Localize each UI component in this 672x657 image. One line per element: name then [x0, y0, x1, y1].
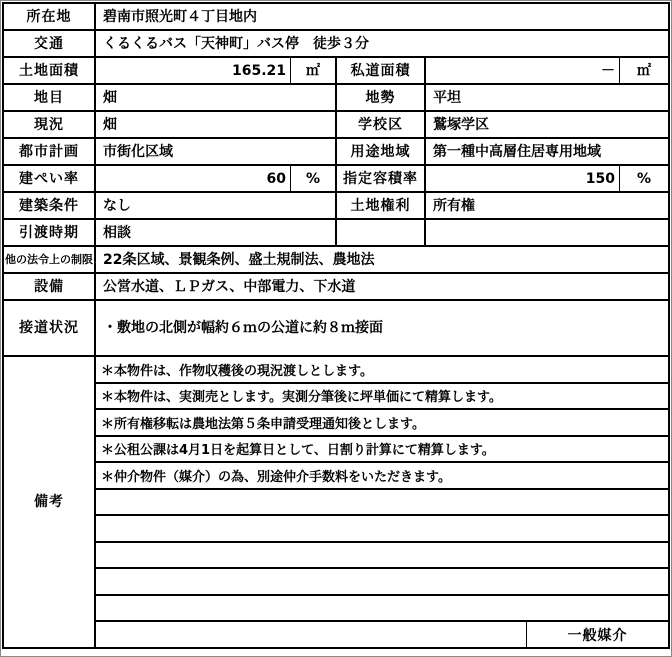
remarks-line-3: ＊所有権移転は農地法第５条申請受理通知後とします。 [96, 410, 668, 437]
private-road-area-value: － [426, 58, 620, 83]
delivery-time-label: 引渡時期 [4, 220, 96, 245]
row-transportation: 交通 くるくるバス「天神町」バス停 徒歩３分 [4, 31, 668, 58]
row-legal-restrictions: 他の法令上の制限 22条区域、景観条例、盛土規制法、農地法 [4, 247, 668, 274]
land-category-value: 畑 [96, 85, 337, 110]
private-road-area-unit: ㎡ [620, 58, 668, 83]
floor-area-ratio-unit: % [620, 166, 668, 191]
row-current-status: 現況 畑 学校区 鷲塚学区 [4, 112, 668, 139]
mediation-type-cell: 一般媒介 [527, 622, 668, 647]
road-access-label: 接道状況 [4, 301, 96, 355]
remarks-final-empty-cell [96, 622, 527, 647]
transportation-value: くるくるバス「天神町」バス停 徒歩３分 [96, 31, 668, 56]
private-road-area-label: 私道面積 [337, 58, 426, 83]
city-planning-value: 市街化区域 [96, 139, 337, 164]
facilities-label: 設備 [4, 274, 96, 299]
floor-area-ratio-value: 150 [426, 166, 620, 191]
building-coverage-unit: % [291, 166, 337, 191]
location-label: 所在地 [4, 4, 96, 29]
current-status-value: 畑 [96, 112, 337, 137]
remarks-empty-line-5 [96, 596, 668, 623]
current-status-label: 現況 [4, 112, 96, 137]
remarks-final-line: 一般媒介 [96, 622, 668, 647]
land-area-unit: ㎡ [291, 58, 337, 83]
transportation-label: 交通 [4, 31, 96, 56]
building-conditions-value: なし [96, 193, 337, 218]
row-building-conditions: 建築条件 なし 土地権利 所有権 [4, 193, 668, 220]
use-zone-value: 第一種中高層住居専用地域 [426, 139, 668, 164]
remarks-empty-line-2 [96, 516, 668, 543]
legal-restrictions-label: 他の法令上の制限 [4, 247, 96, 272]
remarks-line-5: ＊仲介物件（媒介）の為、別途仲介手数料をいただきます。 [96, 463, 668, 490]
remarks-empty-line-4 [96, 569, 668, 596]
remarks-empty-line-3 [96, 543, 668, 570]
remarks-empty-line-1 [96, 490, 668, 517]
row-road-access: 接道状況 ・敷地の北側が幅約６ｍの公道に約８ｍ接面 [4, 301, 668, 357]
remarks-content: ＊本物件は、作物収穫後の現況渡しとします。 ＊本物件は、実測売とします。実測分筆… [96, 357, 668, 647]
legal-restrictions-value: 22条区域、景観条例、盛土規制法、農地法 [96, 247, 668, 272]
delivery-time-empty-label-cell [337, 220, 426, 245]
row-facilities: 設備 公営水道、ＬＰガス、中部電力、下水道 [4, 274, 668, 301]
school-district-label: 学校区 [337, 112, 426, 137]
floor-area-ratio-label: 指定容積率 [337, 166, 426, 191]
building-conditions-label: 建築条件 [4, 193, 96, 218]
building-coverage-value: 60 [96, 166, 291, 191]
remarks-line-4: ＊公租公課は4月1日を起算日として、日割り計算にて精算します。 [96, 437, 668, 464]
road-access-value: ・敷地の北側が幅約６ｍの公道に約８ｍ接面 [96, 301, 668, 355]
row-remarks: 備考 ＊本物件は、作物収穫後の現況渡しとします。 ＊本物件は、実測売とします。実… [4, 357, 668, 647]
row-city-planning: 都市計画 市街化区域 用途地域 第一種中高層住居専用地域 [4, 139, 668, 166]
row-building-coverage: 建ぺい率 60 % 指定容積率 150 % [4, 166, 668, 193]
property-table: 所在地 碧南市照光町４丁目地内 交通 くるくるバス「天神町」バス停 徒歩３分 土… [2, 2, 670, 649]
property-sheet-page: 所在地 碧南市照光町４丁目地内 交通 くるくるバス「天神町」バス停 徒歩３分 土… [0, 0, 672, 657]
land-area-value: 165.21 [96, 58, 291, 83]
remarks-label: 備考 [4, 357, 96, 647]
row-location: 所在地 碧南市照光町４丁目地内 [4, 4, 668, 31]
delivery-time-empty-value-cell [426, 220, 668, 245]
topography-value: 平坦 [426, 85, 668, 110]
land-area-label: 土地面積 [4, 58, 96, 83]
remarks-line-1: ＊本物件は、作物収穫後の現況渡しとします。 [96, 357, 668, 384]
delivery-time-value: 相談 [96, 220, 337, 245]
remarks-line-2: ＊本物件は、実測売とします。実測分筆後に坪単価にて精算します。 [96, 384, 668, 411]
land-rights-label: 土地権利 [337, 193, 426, 218]
school-district-value: 鷲塚学区 [426, 112, 668, 137]
use-zone-label: 用途地域 [337, 139, 426, 164]
location-value: 碧南市照光町４丁目地内 [96, 4, 668, 29]
land-category-label: 地目 [4, 85, 96, 110]
building-coverage-label: 建ぺい率 [4, 166, 96, 191]
row-land-area: 土地面積 165.21 ㎡ 私道面積 － ㎡ [4, 58, 668, 85]
topography-label: 地勢 [337, 85, 426, 110]
facilities-value: 公営水道、ＬＰガス、中部電力、下水道 [96, 274, 668, 299]
row-land-category: 地目 畑 地勢 平坦 [4, 85, 668, 112]
land-rights-value: 所有権 [426, 193, 668, 218]
row-delivery-time: 引渡時期 相談 [4, 220, 668, 247]
city-planning-label: 都市計画 [4, 139, 96, 164]
